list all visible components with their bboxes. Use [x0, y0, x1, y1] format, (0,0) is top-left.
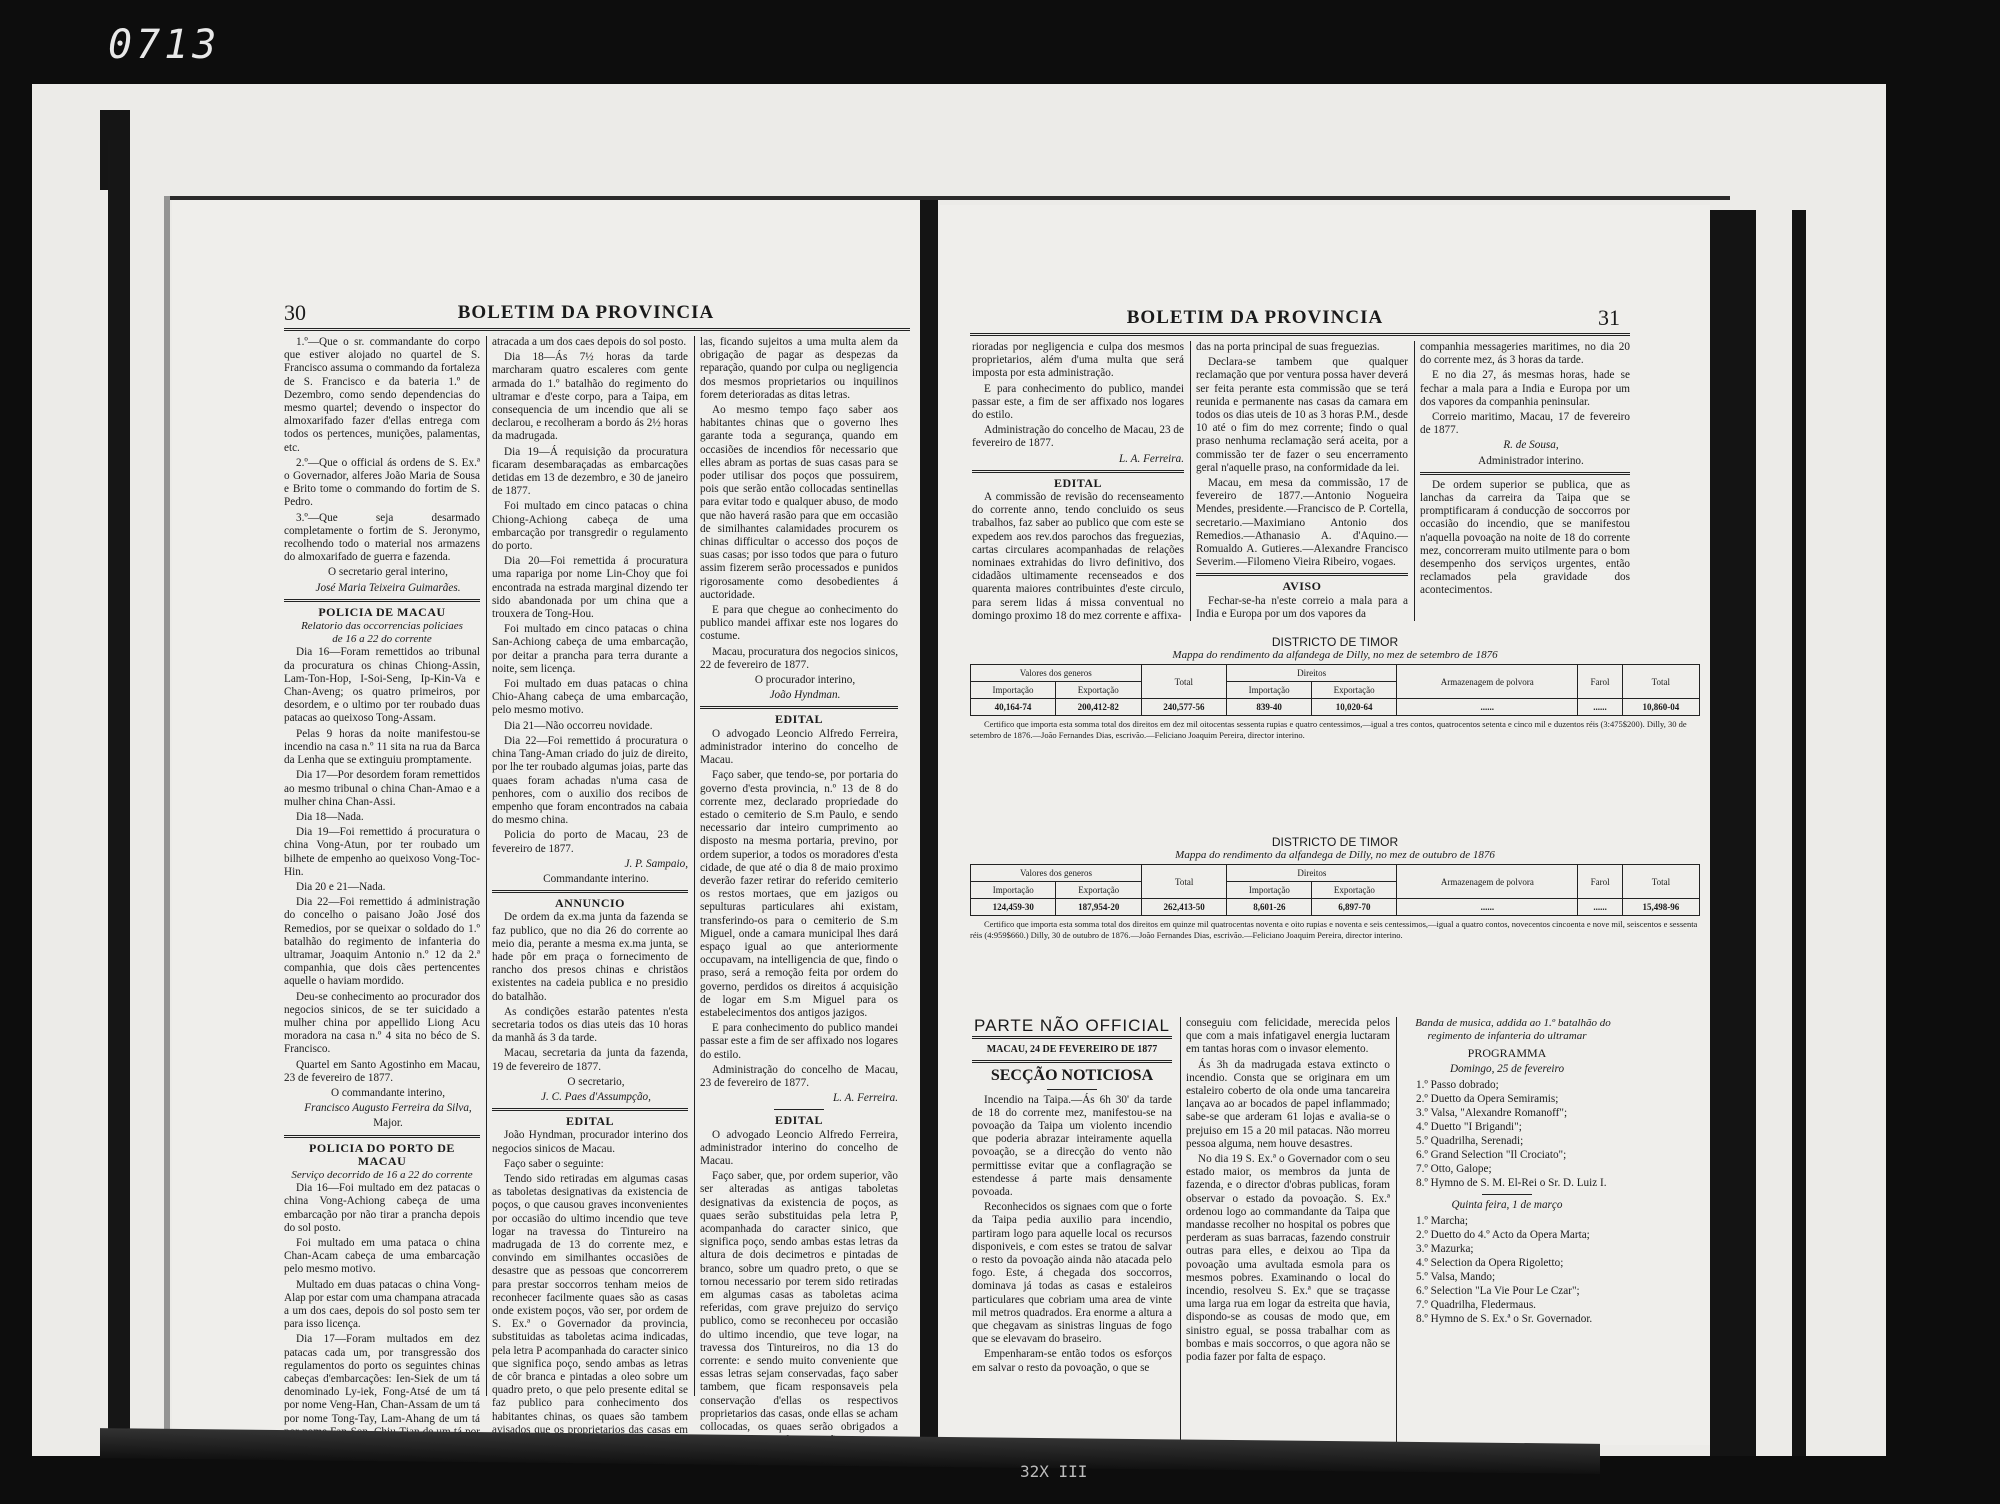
notice-paragraph: De ordem da ex.ma junta da fazenda se fa…: [492, 911, 688, 1003]
report-entry: Pelas 9 horas da noite manifestou-se inc…: [284, 728, 480, 768]
notice-paragraph: O advogado Leoncio Alfredo Ferreira, adm…: [700, 728, 898, 768]
table-header: Armazenagem de polvora: [1397, 665, 1578, 699]
notice-paragraph: Fechar-se-ha n'este correio a mala para …: [1196, 595, 1408, 621]
column-2: conseguiu com felicidade, merecida pelos…: [1186, 1017, 1390, 1366]
programme-item: 8.º Hymno de S. Ex.ª o Sr. Governador.: [1416, 1312, 1612, 1326]
column-1: PARTE NÃO OFFICIAL MACAU, 24 DE FEVEREIR…: [972, 1017, 1172, 1377]
column-rule: [1180, 1017, 1181, 1447]
programme-date: Quinta feira, 1 de março: [1402, 1199, 1612, 1212]
notice-paragraph: Macau, secretaria da junta da fazenda, 1…: [492, 1047, 688, 1073]
notice-paragraph: E no dia 27, ás mesmas horas, hade se fe…: [1420, 369, 1630, 409]
section-divider: [972, 470, 1184, 473]
binding-edge-left: [108, 140, 130, 1440]
programme-item: 5.º Valsa, Mando;: [1416, 1270, 1612, 1284]
report-entry: Dia 20—Foi remettida á procuratura uma r…: [492, 555, 688, 621]
report-entry: Dia 18—Nada.: [284, 811, 480, 824]
notice-dateline: Administração do concelho de Macau, 23 d…: [972, 424, 1184, 450]
report-entry: Dia 16—Foi multado em dez patacas o chin…: [284, 1182, 480, 1235]
signature-role: O procurador interino,: [700, 674, 898, 687]
table-cell: 10,020-64: [1312, 699, 1397, 716]
table-header: Importação: [1227, 682, 1312, 699]
table-header: Importação: [971, 682, 1056, 699]
table-cell: 10,860-04: [1622, 699, 1699, 716]
page-number: 31: [1598, 305, 1620, 331]
programme-item: 1.º Passo dobrado;: [1416, 1078, 1612, 1092]
signature-name: Francisco Augusto Ferreira da Silva,: [284, 1102, 480, 1115]
section-heading: AVISO: [1196, 580, 1408, 593]
binding-shadow-left: [164, 196, 170, 1456]
table-cell: 15,498-96: [1622, 899, 1699, 916]
report-entry: Foi multado em duas patacas o china Chio…: [492, 678, 688, 718]
notice-paragraph: Faço saber o seguinte:: [492, 1158, 688, 1171]
notice-paragraph: João Hyndman, procurador interino dos ne…: [492, 1129, 688, 1155]
left-running-head: 30 BOLETIM DA PROVINCIA: [172, 300, 920, 330]
signature-name: J. P. Sampaio,: [492, 858, 688, 871]
customs-revenue-table: DISTRICTO DE TIMORMappa do rendimento da…: [970, 635, 1700, 741]
notice-dateline: Administração do concelho de Macau, 23 d…: [700, 1064, 898, 1090]
table-row: 40,164-74200,412-82240,577-56839-4010,02…: [971, 699, 1700, 716]
table-cell: ......: [1397, 899, 1578, 916]
notice-paragraph: E para conhecimento do publico mandei pa…: [700, 1022, 898, 1062]
table-header: Exportação: [1312, 682, 1397, 699]
table-header: Total: [1622, 865, 1699, 899]
programme-item: 8.º Hymno de S. M. El-Rei o Sr. D. Luiz …: [1416, 1176, 1612, 1190]
notice-paragraph: Tendo sido retiradas em algumas casas as…: [492, 1173, 688, 1463]
column-2: atracada a um dos caes depois do sol pos…: [492, 336, 688, 1465]
section-divider: [492, 1108, 688, 1111]
report-entry: Dia 20 e 21—Nada.: [284, 881, 480, 894]
table-cell: 40,164-74: [971, 699, 1056, 716]
column-rule: [1396, 1017, 1397, 1447]
notice-paragraph: A commissão de revisão do recenseamento …: [972, 491, 1184, 623]
table-cell: ......: [1578, 899, 1622, 916]
programme-item: 1.º Marcha;: [1416, 1214, 1612, 1228]
short-divider: [1047, 1089, 1097, 1090]
microfilm-frame-number: 0713: [108, 22, 220, 68]
notice-paragraph: Declara-se tambem que qualquer reclamaçã…: [1196, 356, 1408, 475]
column-2: das na porta principal de suas freguezia…: [1196, 341, 1408, 623]
section-heading: EDITAL: [700, 1114, 898, 1127]
running-title: BOLETIM DA PROVINCIA: [252, 302, 920, 324]
decree-item-3: 3.º—Que seja desarmado completamente o f…: [284, 512, 480, 565]
notice-paragraph: companhia messageries maritimes, no dia …: [1420, 341, 1630, 367]
signature-rank: Major.: [284, 1117, 480, 1130]
table-cell: 240,577-56: [1141, 699, 1227, 716]
notice-paragraph: E para conhecimento do publico, mandei p…: [972, 383, 1184, 423]
scan-margin-right: [1886, 84, 2000, 1504]
report-entry: atracada a um dos caes depois do sol pos…: [492, 336, 688, 349]
report-dateline: Quartel em Santo Agostinho em Macau, 23 …: [284, 1059, 480, 1085]
table-header: Exportação: [1312, 882, 1397, 899]
programme-list: 1.º Marcha;2.º Duetto do 4.º Acto da Ope…: [1402, 1214, 1612, 1326]
section-divider: [284, 599, 480, 602]
notice-paragraph: das na porta principal de suas freguezia…: [1196, 341, 1408, 354]
programme-item: 2.º Duetto da Opera Semiramis;: [1416, 1092, 1612, 1106]
signature-name: L. A. Ferreira.: [700, 1092, 898, 1105]
column-3: las, ficando sujeitos a uma multa alem d…: [700, 336, 898, 1476]
programme-item: 7.º Quadrilha, Fledermaus.: [1416, 1298, 1612, 1312]
report-entry: Dia 22—Foi remettido á procuratura o chi…: [492, 735, 688, 827]
news-section-heading: SECÇÃO NOTICIOSA: [972, 1069, 1172, 1082]
section-heading: EDITAL: [972, 477, 1184, 490]
table-header: Importação: [1227, 882, 1312, 899]
notice-paragraph: O advogado Leoncio Alfredo Ferreira, adm…: [700, 1129, 898, 1169]
table-header: Direitos: [1227, 665, 1397, 682]
column-rule: [1414, 341, 1415, 621]
report-entry: Dia 16—Foram remettidos ao tribunal da p…: [284, 646, 480, 725]
film-code-label: 32X III: [1020, 1462, 1087, 1481]
signature-name: José Maria Teixeira Guimarães.: [284, 582, 480, 595]
section-subheading: de 16 a 22 do corrente: [284, 633, 480, 646]
short-divider: [774, 1109, 824, 1110]
customs-revenue-table: DISTRICTO DE TIMORMappa do rendimento da…: [970, 835, 1700, 941]
programme-title: PROGRAMMA: [1402, 1047, 1612, 1060]
signature-name: R. de Sousa,: [1420, 439, 1630, 452]
signature-role: O commandante interino,: [284, 1087, 480, 1100]
table-subtitle: Mappa do rendimento da alfandega de Dill…: [970, 649, 1700, 661]
section-divider: [972, 1060, 1172, 1063]
notice-paragraph: E para que chegue ao conhecimento do pub…: [700, 604, 898, 644]
report-dateline: Policia do porto de Macau, 23 de feverei…: [492, 829, 688, 855]
decree-item-2: 2.º—Que o official ás ordens de S. Ex.ª …: [284, 457, 480, 510]
table-header: Valores dos generos: [971, 865, 1142, 882]
news-paragraph: Incendio na Taipa.—Ás 6h 30' da tarde de…: [972, 1094, 1172, 1200]
programme-item: 2.º Duetto do 4.º Acto da Opera Marta;: [1416, 1228, 1612, 1242]
table-cell: 187,954-20: [1056, 899, 1141, 916]
section-divider: [972, 1036, 1172, 1039]
section-heading: EDITAL: [700, 713, 898, 726]
column-1: 1.º—Que o sr. commandante do corpo que e…: [284, 336, 480, 1483]
column-rule: [1190, 341, 1191, 621]
section-subheading: Serviço decorrido de 16 a 22 do corrente: [284, 1169, 480, 1182]
table-cell: 8,601-26: [1227, 899, 1312, 916]
table-header: Farol: [1578, 865, 1622, 899]
report-entry: Dia 22—Foi remettido á administração do …: [284, 896, 480, 988]
column-3: Banda de musica, addida ao 1.º batalhão …: [1402, 1017, 1612, 1326]
notice-dateline: Correio maritimo, Macau, 17 de fevereiro…: [1420, 411, 1630, 437]
report-entry: Dia 18—Ás 7½ horas da tarde marcharam qu…: [492, 351, 688, 443]
binding-edge-right: [1710, 210, 1756, 1470]
news-paragraph: Reconhecidos os signaes com que o forte …: [972, 1201, 1172, 1346]
section-heading: POLICIA DE MACAU: [284, 606, 480, 619]
table-cell: 6,897-70: [1312, 899, 1397, 916]
book-spine: [920, 200, 938, 1460]
section-title: PARTE NÃO OFFICIAL: [972, 1019, 1172, 1032]
notice-paragraph: rioradas por negligencia e culpa dos mes…: [972, 341, 1184, 381]
table-header: Importação: [971, 882, 1056, 899]
section-divider: [492, 890, 688, 893]
programme-date: Domingo, 25 de fevereiro: [1402, 1063, 1612, 1076]
notice-paragraph: las, ficando sujeitos a uma multa alem d…: [700, 336, 898, 402]
band-name: Banda de musica, addida ao 1.º batalhão …: [1402, 1017, 1612, 1043]
column-1: rioradas por negligencia e culpa dos mes…: [972, 341, 1184, 625]
report-entry: Multado em duas patacas o china Vong-Ala…: [284, 1279, 480, 1332]
table-cell: 839-40: [1227, 699, 1312, 716]
notice-paragraph: Ao mesmo tempo faço saber aos habitantes…: [700, 404, 898, 602]
report-entry: Dia 17—Por desordem foram remettidos ao …: [284, 769, 480, 809]
signature-role: Administrador interino.: [1420, 455, 1630, 468]
programme-list: 1.º Passo dobrado;2.º Duetto da Opera Se…: [1402, 1078, 1612, 1190]
report-entry: Foi multado em uma pataca o china Chan-A…: [284, 1237, 480, 1277]
news-paragraph: conseguiu com felicidade, merecida pelos…: [1186, 1017, 1390, 1057]
table-subtitle: Mappa do rendimento da alfandega de Dill…: [970, 849, 1700, 861]
signature-name: João Hyndman.: [700, 689, 898, 702]
report-entry: Foi multado em cinco patacas o china Chi…: [492, 500, 688, 553]
programme-item: 4.º Duetto "I Brigandi";: [1416, 1120, 1612, 1134]
column-rule: [486, 336, 487, 1396]
programme-item: 5.º Quadrilha, Serenadi;: [1416, 1134, 1612, 1148]
table-cell: 200,412-82: [1056, 699, 1142, 716]
revenue-table: Valores dos generosTotalDireitosArmazena…: [970, 864, 1700, 916]
notice-dateline: Macau, procuratura dos negocios sinicos,…: [700, 646, 898, 672]
notice-paragraph: Faço saber, que tendo-se, por portaria d…: [700, 769, 898, 1020]
column-rule: [694, 336, 695, 1396]
signature-name: L. A. Ferreira.: [972, 453, 1184, 466]
report-entry: Foi multado em cinco patacas o china San…: [492, 623, 688, 676]
notice-paragraph: Macau, em mesa da commissão, 17 de fever…: [1196, 477, 1408, 569]
programme-item: 3.º Mazurka;: [1416, 1242, 1612, 1256]
signature-role: Commandante interino.: [492, 873, 688, 886]
table-header: Exportação: [1056, 882, 1141, 899]
table-header: Farol: [1578, 665, 1622, 699]
left-page: 30 BOLETIM DA PROVINCIA 1.º—Que o sr. co…: [172, 200, 920, 1440]
table-header: Total: [1622, 665, 1699, 699]
table-cell: 124,459-30: [971, 899, 1056, 916]
table-header: Exportação: [1056, 682, 1142, 699]
report-entry: Dia 19—Á requisição da procuratura ficar…: [492, 446, 688, 499]
left-page-columns: 1.º—Que o sr. commandante do corpo que e…: [172, 336, 920, 1440]
table-header: Armazenagem de polvora: [1397, 865, 1578, 899]
signature-role: O secretario,: [492, 1076, 688, 1089]
news-paragraph: Empenharam-se então todos os esforços em…: [972, 1348, 1172, 1374]
signature-name: J. C. Paes d'Assumpção,: [492, 1091, 688, 1104]
issue-dateline: MACAU, 24 DE FEVEREIRO DE 1877: [972, 1043, 1172, 1056]
non-official-section: PARTE NÃO OFFICIAL MACAU, 24 DE FEVEREIR…: [940, 1017, 1710, 1445]
programme-item: 7.º Otto, Galope;: [1416, 1162, 1612, 1176]
section-divider: [284, 1135, 480, 1138]
right-running-head: BOLETIM DA PROVINCIA 31: [940, 305, 1710, 335]
table-row: 124,459-30187,954-20262,413-508,601-266,…: [971, 899, 1700, 916]
right-page: BOLETIM DA PROVINCIA 31 rioradas por neg…: [940, 205, 1710, 1445]
table-title: DISTRICTO DE TIMOR: [970, 835, 1700, 849]
report-entry: Deu-se conhecimento ao procurador dos ne…: [284, 991, 480, 1057]
header-rule: [970, 333, 1630, 336]
section-subheading: Relatorio das occorrencias policiaes: [284, 620, 480, 633]
section-heading: EDITAL: [492, 1115, 688, 1128]
binding-edge-right-inner: [1792, 210, 1806, 1470]
news-paragraph: No dia 19 S. Ex.ª o Governador com o seu…: [1186, 1153, 1390, 1364]
programme-item: 6.º Grand Selection "Il Crociato";: [1416, 1148, 1612, 1162]
table-cell: ......: [1397, 699, 1578, 716]
section-divider: [1196, 573, 1408, 576]
header-rule: [284, 328, 910, 331]
table-cell: ......: [1578, 699, 1622, 716]
notice-paragraph: As condições estarão patentes n'esta sec…: [492, 1006, 688, 1046]
table-header: Total: [1141, 865, 1226, 899]
revenue-table: Valores dos generosTotalDireitosArmazena…: [970, 664, 1700, 716]
news-paragraph: Ás 3h da madrugada estava extincto o inc…: [1186, 1059, 1390, 1151]
short-divider: [1482, 1194, 1532, 1195]
table-header: Valores dos generos: [971, 665, 1142, 682]
column-3: companhia messageries maritimes, no dia …: [1420, 341, 1630, 600]
section-divider: [700, 706, 898, 709]
certification-note: Certifico que importa esta somma total d…: [970, 919, 1700, 941]
report-entry: Dia 21—Não occorreu novidade.: [492, 720, 688, 733]
decree-item-1: 1.º—Que o sr. commandante do corpo que e…: [284, 336, 480, 455]
signature-role: O secretario geral interino,: [284, 566, 480, 579]
notice-paragraph: Faço saber, que, por ordem superior, vão…: [700, 1170, 898, 1474]
table-header: Direitos: [1227, 865, 1397, 882]
section-heading: POLICIA DO PORTO DE MACAU: [284, 1142, 480, 1168]
certification-note: Certifico que importa esta somma total d…: [970, 719, 1700, 741]
programme-item: 6.º Selection "La Vie Pour Le Czar";: [1416, 1284, 1612, 1298]
programme-item: 3.º Valsa, "Alexandre Romanoff";: [1416, 1106, 1612, 1120]
section-heading: ANNUNCIO: [492, 897, 688, 910]
programme-item: 4.º Selection da Opera Rigoletto;: [1416, 1256, 1612, 1270]
table-title: DISTRICTO DE TIMOR: [970, 635, 1700, 649]
running-title: BOLETIM DA PROVINCIA: [940, 307, 1570, 329]
report-entry: Dia 19—Foi remettido á procuratura o chi…: [284, 826, 480, 879]
table-cell: 262,413-50: [1141, 899, 1226, 916]
section-divider: [1420, 472, 1630, 475]
notice-paragraph: De ordem superior se publica, que as lan…: [1420, 479, 1630, 598]
table-header: Total: [1141, 665, 1227, 699]
